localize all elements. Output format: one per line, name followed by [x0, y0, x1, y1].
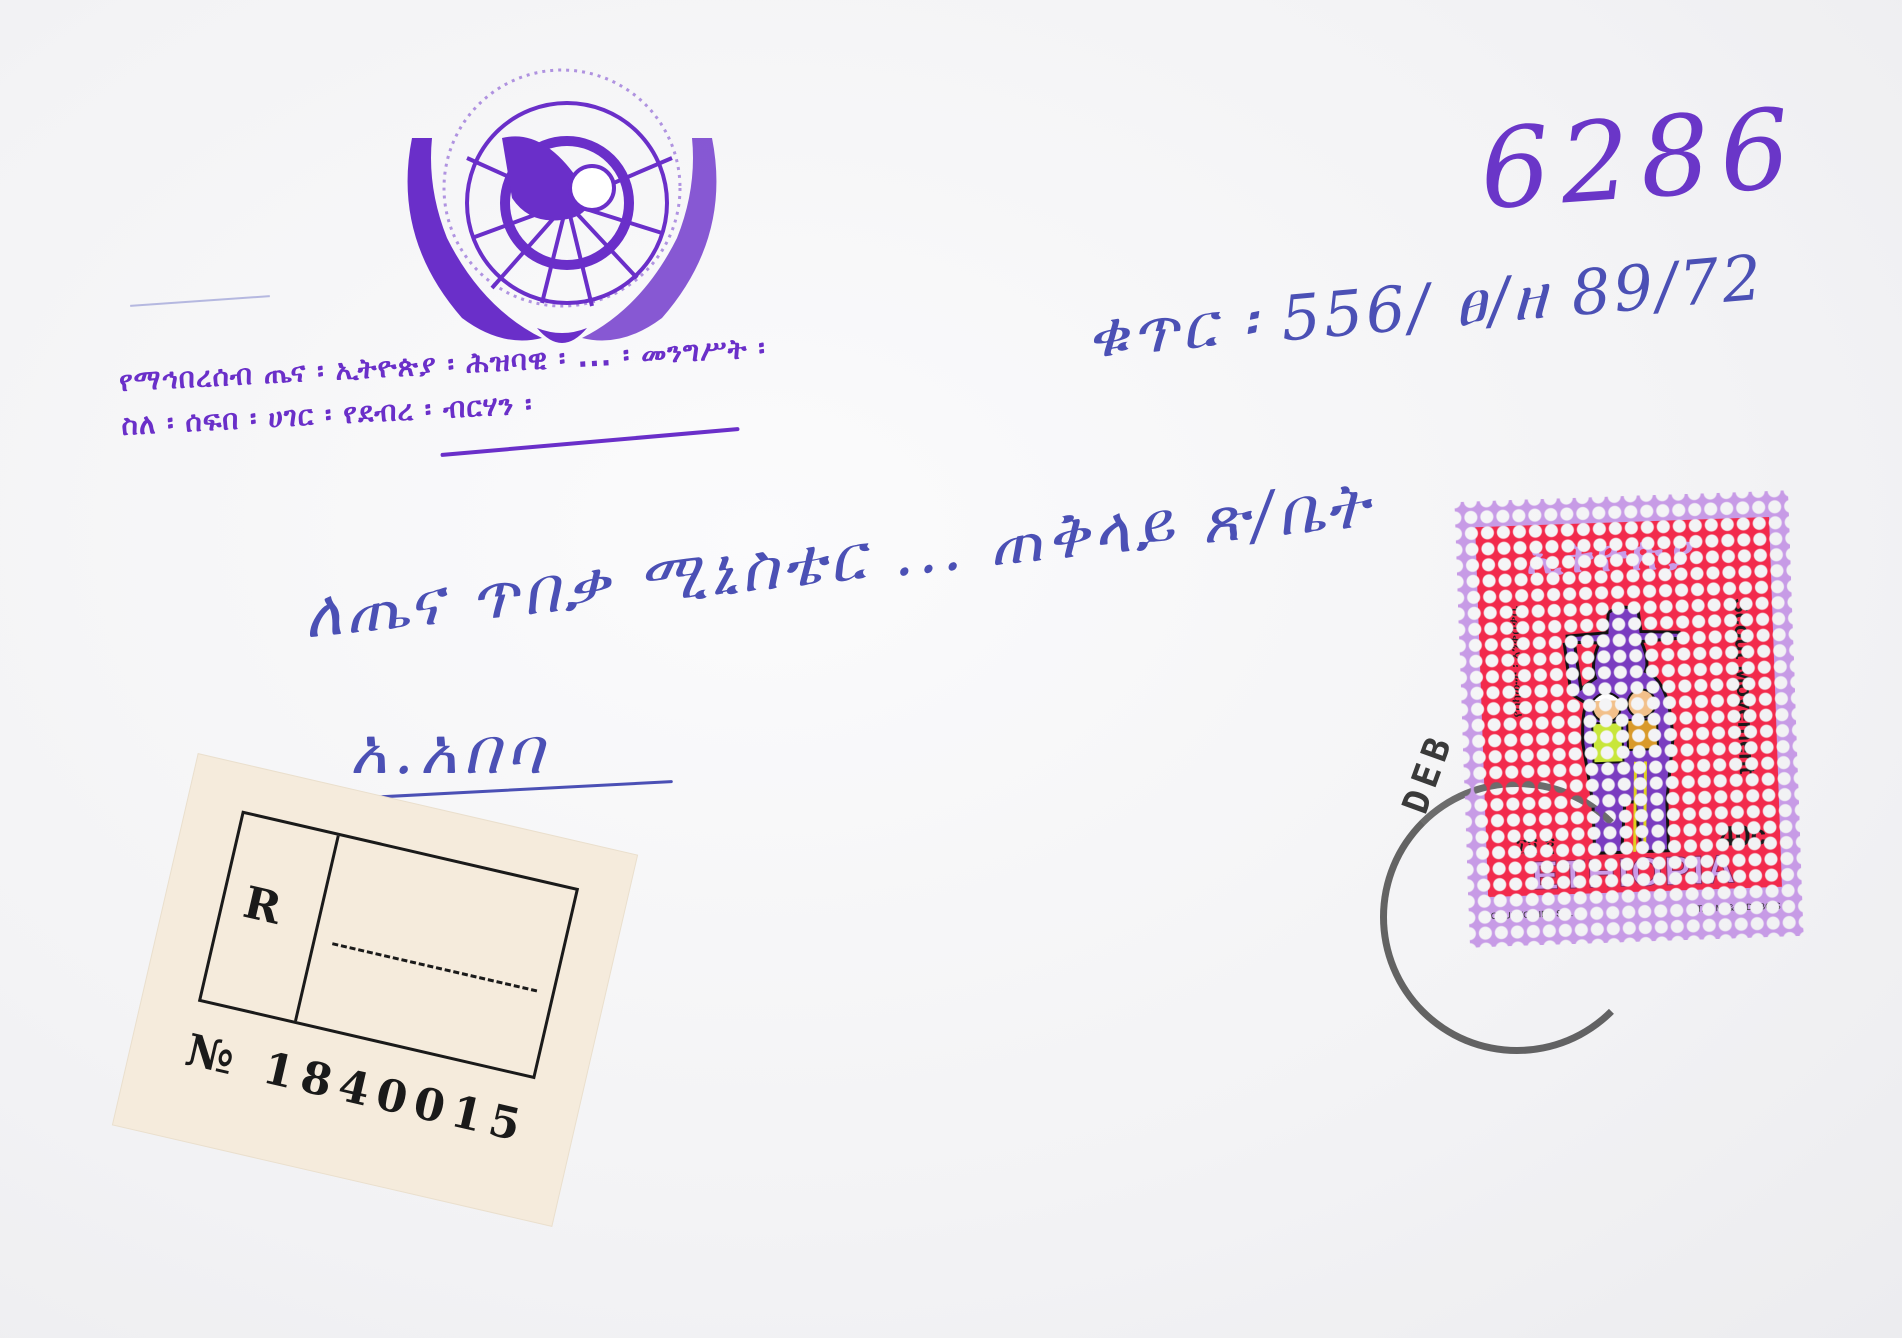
registration-letter: R [239, 877, 286, 935]
registration-blank-line [332, 942, 537, 992]
handwritten-address-line-1: ለጤና ጥበቃ ሚኒስቴር ... ጠቅላይ ጽ/ቤት [300, 468, 1376, 654]
registration-divider [294, 835, 340, 1021]
stamp-printer: COURVOISIER S.A. [1491, 908, 1574, 921]
stamp-country: ETHIOPIA [1489, 846, 1780, 901]
stamp-field: ኢትዮጵያ የስካውት ፡ እንቅስቃሴ Scout Movement ፲፱ ፻… [1475, 517, 1782, 897]
registration-label: R № 1840015 [113, 754, 637, 1225]
stray-pen-mark [130, 295, 270, 307]
seal-underline [440, 427, 739, 457]
scout-figure-icon [1548, 600, 1707, 865]
stamp-theme: Scout Movement [1728, 598, 1760, 775]
stamp-country-amharic: ኢትዮጵያ [1525, 528, 1698, 585]
stamp-theme-amharic: የስካውት ፡ እንቅስቃሴ [1506, 606, 1526, 718]
handwritten-address-line-2: አ.አበባ [350, 715, 549, 789]
postage-stamp: ኢትዮጵያ የስካውት ፡ እንቅስቃሴ Scout Movement ፲፱ ፻… [1454, 490, 1803, 947]
handwritten-reference-code: ቁጥር ፡ 556/ ፀ/ዘ 89/72 [1083, 240, 1767, 373]
handwritten-reference-number: 6286 [1476, 84, 1804, 234]
stamp-designer: E.T.O. M. & J. DUBOIS [1688, 901, 1781, 914]
envelope: የማኅበረሰብ ጤና ፡ ኢትዮጵያ ፡ ሕዝባዊ ፡ ... ፡ መንግሥት … [0, 0, 1902, 1338]
official-seal-emblem-icon [392, 38, 732, 358]
